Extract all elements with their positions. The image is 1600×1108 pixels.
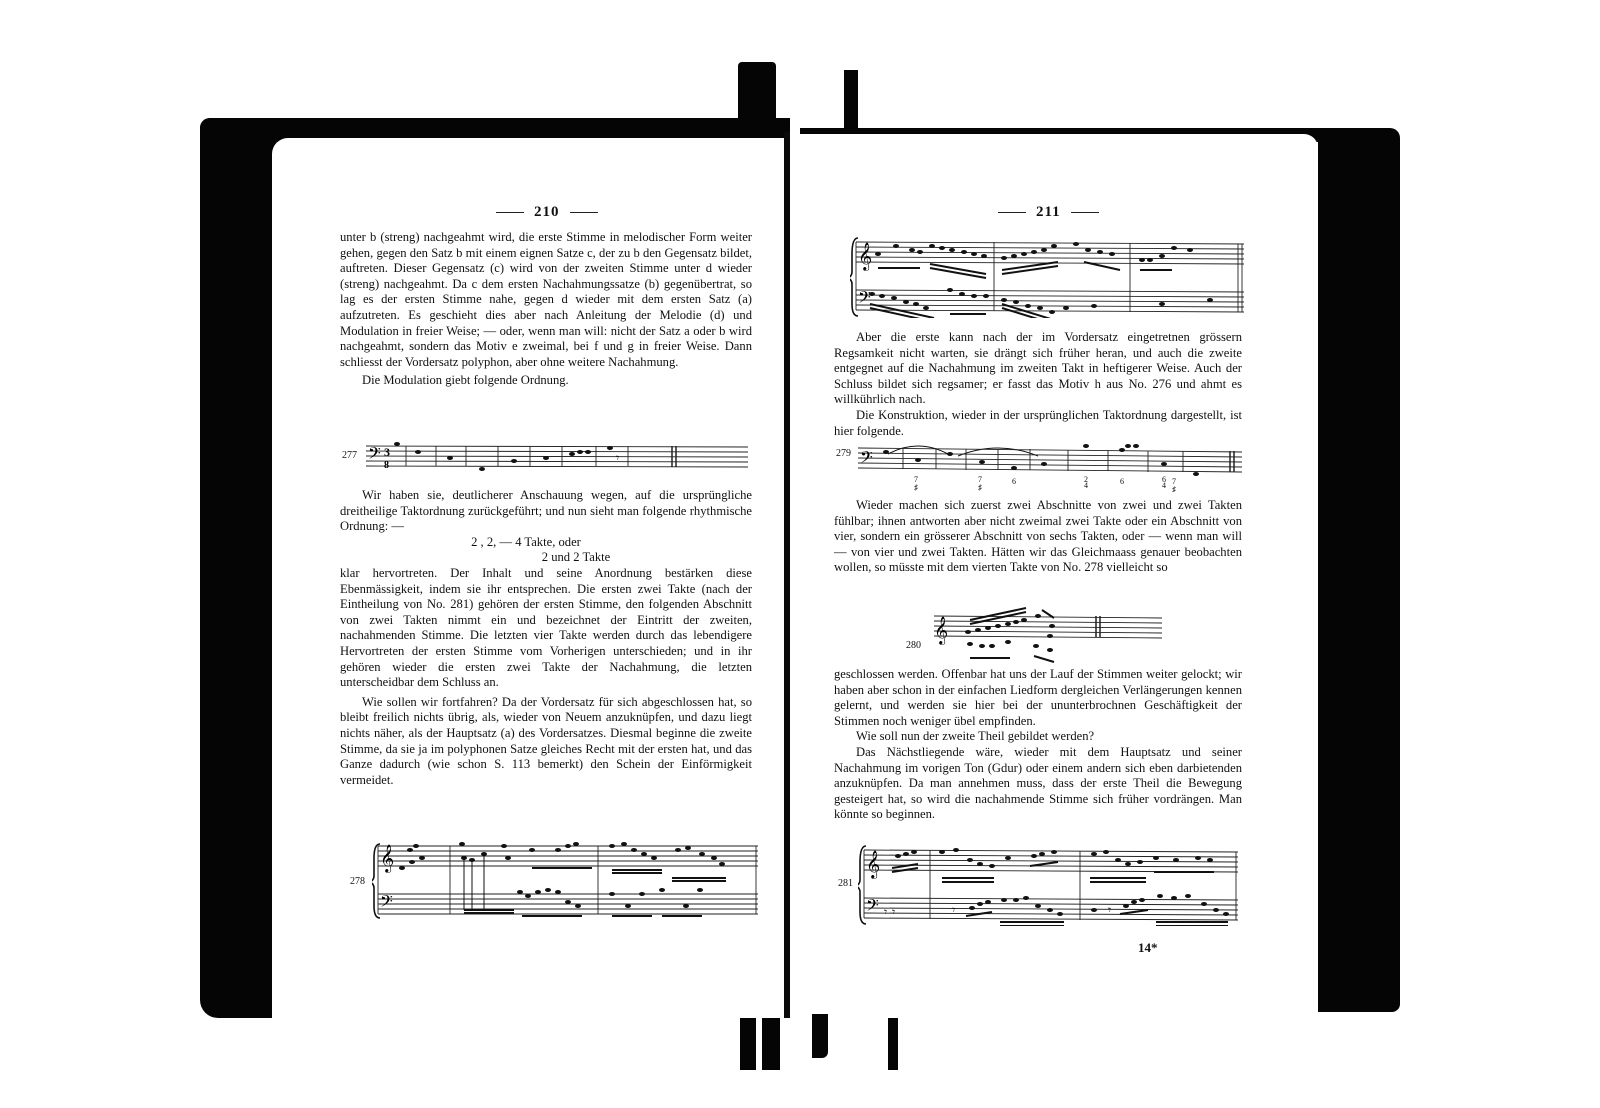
binding-tab xyxy=(812,1012,828,1058)
grand-staff: 𝄞 𝄢 𝄾𝄾𝄾𝄾 xyxy=(858,842,1240,926)
svg-text:𝄾: 𝄾 xyxy=(616,451,619,465)
music-example-continuation: 𝄞 𝄢 xyxy=(850,234,1244,318)
paragraph: Das Nächstliegende wäre, wieder mit dem … xyxy=(834,745,1242,823)
paragraph: klar hervortreten. Der Inhalt und seine … xyxy=(340,566,752,691)
binding-tab xyxy=(738,62,776,132)
svg-text:𝄞: 𝄞 xyxy=(380,844,394,873)
left-text-block-1: unter b (streng) nachgeahmt wird, die er… xyxy=(340,230,752,389)
paragraph: Wie sollen wir fortfahren? Da der Vorder… xyxy=(340,695,752,789)
staff-lines: 𝄢 7♯ 7♯ 6 24 6 64 7♯ xyxy=(858,440,1242,492)
svg-text:𝄢: 𝄢 xyxy=(368,443,381,467)
paragraph: Die Konstruktion, wieder in der ursprüng… xyxy=(834,408,1242,439)
rhythm-line: 2 , 2, — 4 Takte, oder xyxy=(340,535,752,551)
binding-tab xyxy=(888,1018,898,1070)
signature-mark: 14* xyxy=(1138,940,1158,956)
binding-tab xyxy=(740,1010,756,1070)
rhythm-line: 2 und 2 Takte xyxy=(340,550,752,566)
paragraph: geschlossen werden. Offenbar hat uns der… xyxy=(834,667,1242,729)
staff-lines: 𝄞 xyxy=(930,606,1166,666)
paragraph: unter b (streng) nachgeahmt wird, die er… xyxy=(340,230,752,370)
music-example-280: 𝄞 xyxy=(930,606,1166,666)
example-number-281: 281 xyxy=(838,878,853,889)
svg-text:4: 4 xyxy=(1162,481,1166,490)
svg-text:𝄞: 𝄞 xyxy=(934,616,948,645)
svg-text:8: 8 xyxy=(384,460,389,471)
right-book-board xyxy=(1318,132,1400,1012)
svg-text:4: 4 xyxy=(1084,481,1088,490)
paragraph: Wie soll nun der zweite Theil gebildet w… xyxy=(834,729,1242,745)
right-text-block-2: Wieder machen sich zuerst zwei Abschnitt… xyxy=(834,498,1242,576)
paragraph: Wir haben sie, deutlicherer Anschauung w… xyxy=(340,488,752,535)
music-example-278: 𝄞 𝄢 xyxy=(372,840,758,920)
paragraph: Aber die erste kann nach der im Vordersa… xyxy=(834,330,1242,408)
grand-staff: 𝄞 𝄢 xyxy=(372,840,758,920)
grand-staff: 𝄞 𝄢 xyxy=(850,234,1244,318)
example-number-277: 277 xyxy=(342,450,357,461)
svg-text:𝄢: 𝄢 xyxy=(858,287,871,311)
svg-text:𝄾: 𝄾 xyxy=(892,905,895,919)
svg-text:𝄞: 𝄞 xyxy=(866,850,880,879)
svg-text:6: 6 xyxy=(1120,477,1124,486)
svg-text:♯: ♯ xyxy=(914,483,918,492)
svg-text:𝄢: 𝄢 xyxy=(866,895,879,919)
svg-text:♯: ♯ xyxy=(1172,485,1176,492)
page-number-right: 211 xyxy=(988,204,1109,221)
page-number-left: 210 xyxy=(486,204,608,221)
example-number-279: 279 xyxy=(836,448,851,459)
music-example-279: 𝄢 7♯ 7♯ 6 24 6 64 7♯ xyxy=(858,440,1242,492)
paragraph: Wieder machen sich zuerst zwei Abschnitt… xyxy=(834,498,1242,576)
svg-text:𝄾: 𝄾 xyxy=(884,905,887,919)
right-text-block-1: Aber die erste kann nach der im Vordersa… xyxy=(834,330,1242,439)
svg-text:𝄞: 𝄞 xyxy=(858,242,872,271)
example-number-278: 278 xyxy=(350,876,365,887)
left-text-block-2: Wir haben sie, deutlicherer Anschauung w… xyxy=(340,488,752,788)
example-number-280: 280 xyxy=(906,640,921,651)
svg-text:𝄾: 𝄾 xyxy=(952,903,955,917)
binding-tab xyxy=(844,70,858,130)
svg-text:𝄢: 𝄢 xyxy=(380,891,393,915)
svg-text:𝄢: 𝄢 xyxy=(860,447,873,471)
right-text-block-3: geschlossen werden. Offenbar hat uns der… xyxy=(834,667,1242,823)
svg-text:♯: ♯ xyxy=(978,483,982,492)
staff-lines: 𝄢 3 8 𝄾 xyxy=(366,440,748,480)
svg-text:3: 3 xyxy=(384,445,390,459)
paragraph: Die Modulation giebt folgende Ordnung. xyxy=(340,373,752,389)
music-example-281: 𝄞 𝄢 𝄾𝄾𝄾𝄾 xyxy=(858,842,1240,926)
svg-text:𝄾: 𝄾 xyxy=(1108,903,1111,917)
music-example-277: 𝄢 3 8 𝄾 xyxy=(366,440,748,480)
book-gutter xyxy=(784,132,790,1018)
svg-text:6: 6 xyxy=(1012,477,1016,486)
binding-tab xyxy=(762,1010,780,1070)
